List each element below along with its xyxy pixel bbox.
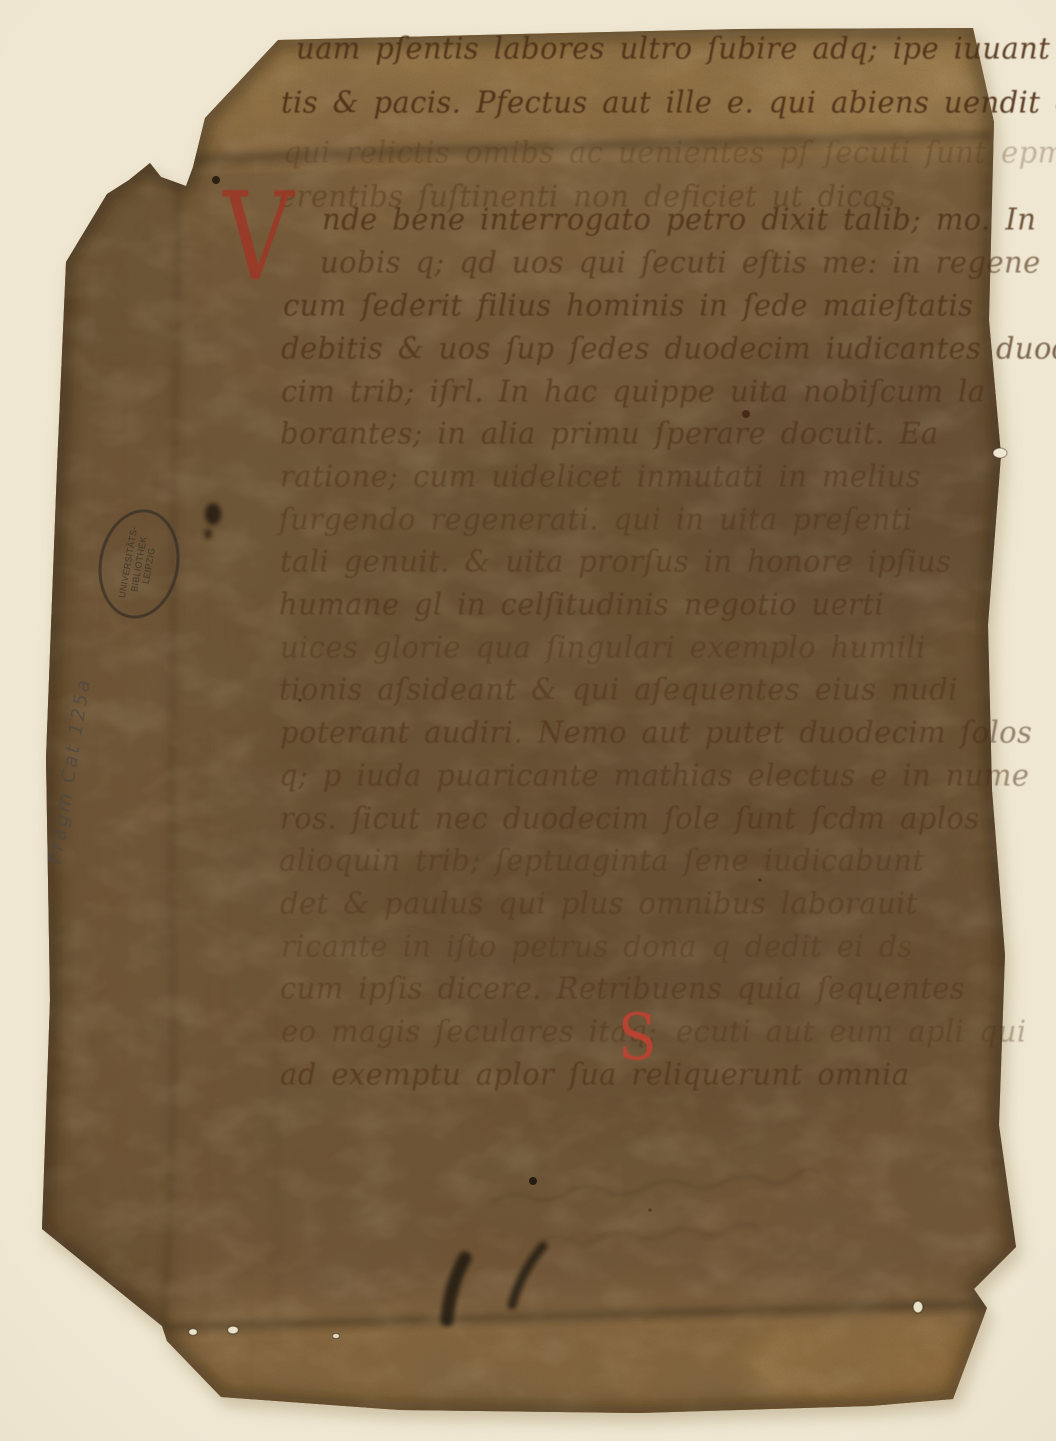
parchment-leaf: [0, 0, 1056, 1441]
parchment-surface: [0, 0, 1056, 1441]
rubric-initial-s: S: [618, 1006, 657, 1070]
rubric-initial-v: V: [219, 176, 295, 298]
photo: uam pſentis labores ultro ſubire adq; ip…: [0, 0, 1056, 1441]
